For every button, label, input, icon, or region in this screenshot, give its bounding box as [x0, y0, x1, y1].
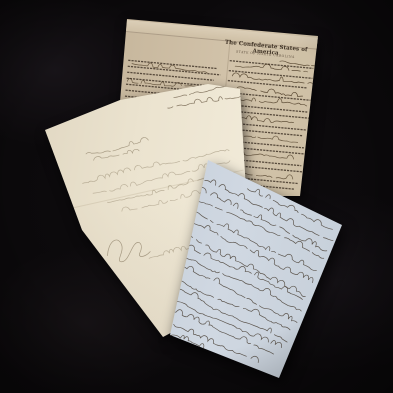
photo-three-civil-war-documents: The Confederate States of America STATE … [0, 0, 393, 393]
handwriting-line [148, 292, 275, 359]
handwriting-line [159, 265, 294, 336]
handwriting-line [169, 243, 304, 313]
handwriting-line [176, 226, 313, 299]
handwriting-line [188, 206, 318, 273]
handwriting-line [166, 255, 300, 324]
blue-letter-content [130, 160, 346, 390]
handwriting-line [160, 325, 238, 367]
dense-handwriting-lines [130, 160, 346, 390]
handwriting-line [198, 186, 329, 253]
handwriting-line [247, 185, 334, 231]
document-blue-letter [0, 0, 393, 393]
blue-letter-paper [0, 0, 393, 393]
handwriting-line [204, 176, 335, 243]
handwriting-line [196, 193, 326, 261]
